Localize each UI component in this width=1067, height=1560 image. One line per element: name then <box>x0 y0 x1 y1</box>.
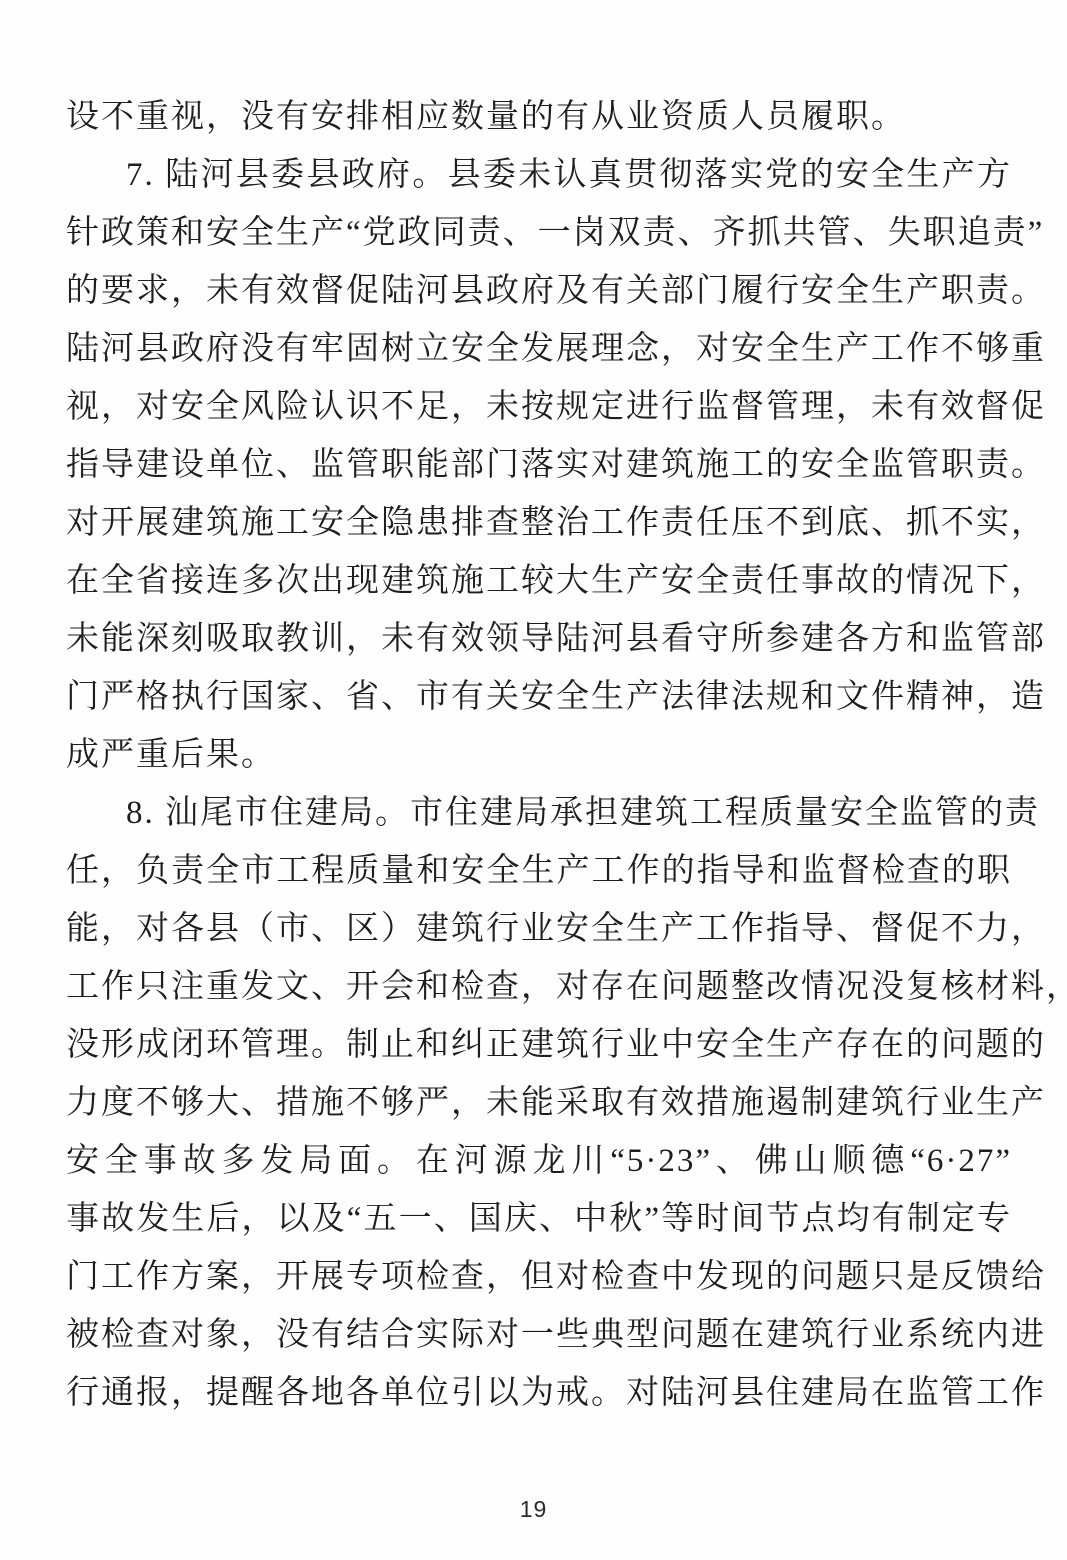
page-number: 19 <box>0 1496 1067 1523</box>
text-line: 任，负责全市工程质量和安全生产工作的指导和监督检查的职 <box>66 842 1012 900</box>
text-line: 设不重视，没有安排相应数量的有从业资质人员履职。 <box>66 88 1012 146</box>
text-line: 门工作方案，开展专项检查，但对检查中发现的问题只是反馈给 <box>66 1248 1012 1306</box>
text-line: 安全事故多发局面。在河源龙川“5·23”、佛山顺德“6·27” <box>66 1132 1012 1190</box>
body-text: 设不重视，没有安排相应数量的有从业资质人员履职。 7. 陆河县委县政府。县委未认… <box>66 88 1012 1422</box>
text-line: 指导建设单位、监管职能部门落实对建筑施工的安全监管职责。 <box>66 436 1012 494</box>
text-line: 视，对安全风险认识不足，未按规定进行监督管理，未有效督促 <box>66 378 1012 436</box>
text-line: 8. 汕尾市住建局。市住建局承担建筑工程质量安全监管的责 <box>66 784 1012 842</box>
text-line: 成严重后果。 <box>66 726 1012 784</box>
text-line: 事故发生后，以及“五一、国庆、中秋”等时间节点均有制定专 <box>66 1190 1012 1248</box>
text-line: 对开展建筑施工安全隐患排查整治工作责任压不到底、抓不实， <box>66 494 1012 552</box>
text-line: 能，对各县（市、区）建筑行业安全生产工作指导、督促不力， <box>66 900 1012 958</box>
document-page: 设不重视，没有安排相应数量的有从业资质人员履职。 7. 陆河县委县政府。县委未认… <box>0 0 1067 1560</box>
text-line: 的要求，未有效督促陆河县政府及有关部门履行安全生产职责。 <box>66 262 1012 320</box>
text-line: 7. 陆河县委县政府。县委未认真贯彻落实党的安全生产方 <box>66 146 1012 204</box>
text-line: 针政策和安全生产“党政同责、一岗双责、齐抓共管、失职追责” <box>66 204 1012 262</box>
text-line: 门严格执行国家、省、市有关安全生产法律法规和文件精神，造 <box>66 668 1012 726</box>
text-line: 工作只注重发文、开会和检查，对存在问题整改情况没复核材料， <box>66 958 1012 1016</box>
text-line: 在全省接连多次出现建筑施工较大生产安全责任事故的情况下， <box>66 552 1012 610</box>
text-line: 行通报，提醒各地各单位引以为戒。对陆河县住建局在监管工作 <box>66 1364 1012 1422</box>
text-line: 未能深刻吸取教训，未有效领导陆河县看守所参建各方和监管部 <box>66 610 1012 668</box>
text-line: 力度不够大、措施不够严，未能采取有效措施遏制建筑行业生产 <box>66 1074 1012 1132</box>
text-line: 陆河县政府没有牢固树立安全发展理念，对安全生产工作不够重 <box>66 320 1012 378</box>
text-line: 被检查对象，没有结合实际对一些典型问题在建筑行业系统内进 <box>66 1306 1012 1364</box>
text-line: 没形成闭环管理。制止和纠正建筑行业中安全生产存在的问题的 <box>66 1016 1012 1074</box>
